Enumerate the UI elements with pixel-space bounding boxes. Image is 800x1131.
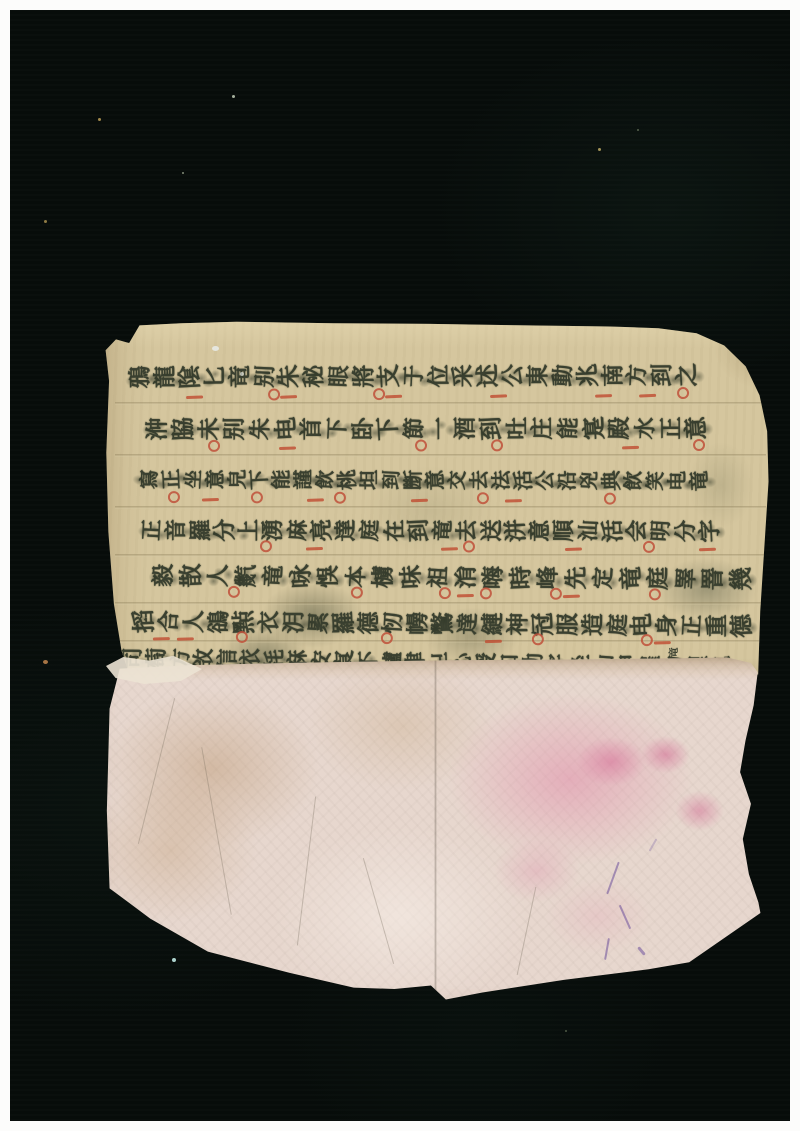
dust-speck bbox=[637, 129, 639, 131]
dust-speck bbox=[565, 1030, 567, 1032]
paper-crack bbox=[517, 887, 537, 975]
dust-speck bbox=[598, 148, 601, 151]
vermilion-circle-mark bbox=[351, 587, 363, 599]
calligraphy-character: 寫 bbox=[124, 468, 174, 490]
calligraphy-character: 正 bbox=[129, 517, 174, 543]
vermilion-circle-mark bbox=[228, 586, 240, 598]
vermilion-circle-mark bbox=[550, 588, 562, 600]
dust-speck bbox=[172, 958, 176, 962]
vermilion-emphasis-mark bbox=[279, 446, 296, 450]
vermilion-emphasis-mark bbox=[385, 395, 402, 399]
text-column-2: 意正水殿寔能庄吐到酒一節下卧下首电朱别未脇㳞 bbox=[145, 404, 710, 453]
dust-speck bbox=[44, 220, 47, 223]
vermilion-emphasis-mark bbox=[595, 394, 612, 398]
vermilion-circle-mark bbox=[334, 492, 346, 504]
vermilion-emphasis-mark bbox=[306, 498, 323, 502]
vermilion-circle-mark bbox=[260, 540, 272, 552]
vermilion-circle-mark bbox=[269, 388, 281, 400]
purple-scribble bbox=[604, 938, 610, 960]
purple-scribble bbox=[606, 862, 620, 895]
vermilion-emphasis-mark bbox=[562, 595, 579, 598]
vermilion-circle-mark bbox=[604, 493, 616, 505]
blank-torn-page bbox=[96, 656, 774, 1008]
vermilion-circle-mark bbox=[463, 541, 475, 553]
black-backdrop: 之到方南兆動東公述采位于支將眼秘朱别竜匕隂龍鴉意正水殿寔能庄吐到酒一節下卧下首电… bbox=[10, 10, 790, 1121]
annotation-character: 竜 bbox=[670, 647, 681, 657]
vermilion-circle-mark bbox=[643, 541, 655, 553]
vermilion-emphasis-mark bbox=[490, 394, 507, 398]
vermilion-emphasis-mark bbox=[441, 547, 458, 551]
vermilion-circle-mark bbox=[415, 439, 427, 451]
vermilion-emphasis-mark bbox=[411, 499, 428, 503]
calligraphy-character: 鴉 bbox=[116, 364, 166, 389]
text-column-4: 字分明会活汕順意洴送去竜到在庭達亮麻湧上分羅音正 bbox=[140, 507, 722, 554]
vermilion-emphasis-mark bbox=[280, 395, 297, 399]
calligraphy-character: 毅 bbox=[141, 561, 187, 589]
vermilion-circle-mark bbox=[693, 439, 705, 451]
dust-speck bbox=[182, 172, 184, 174]
vermilion-emphasis-mark bbox=[202, 498, 219, 502]
paper-crack bbox=[201, 747, 232, 915]
dust-speck bbox=[98, 118, 101, 121]
paper-crack bbox=[363, 858, 394, 964]
paper-fleck bbox=[240, 372, 244, 376]
vermilion-circle-mark bbox=[649, 588, 661, 600]
vermilion-circle-mark bbox=[251, 491, 263, 503]
vermilion-circle-mark bbox=[477, 492, 489, 504]
text-column-1: 之到方南兆動東公述采位于支將眼秘朱别竜匕隂龍鴉 bbox=[128, 350, 700, 402]
vermilion-emphasis-mark bbox=[622, 446, 639, 450]
text-column-3: 竜电笑飲典兇沿公活法去交意㫁到坦桃飲謹能下皃意坐正寫 bbox=[138, 454, 710, 506]
dust-speck bbox=[43, 660, 48, 664]
paper-fleck bbox=[212, 346, 219, 351]
dust-speck bbox=[232, 95, 235, 98]
vermilion-emphasis-mark bbox=[564, 547, 581, 551]
calligraphy-character: 㳞 bbox=[134, 416, 182, 442]
vermilion-emphasis-mark bbox=[639, 394, 656, 398]
vermilion-circle-mark bbox=[373, 388, 385, 400]
vermilion-circle-mark bbox=[677, 387, 689, 399]
vermilion-circle-mark bbox=[208, 440, 220, 452]
center-crease bbox=[434, 658, 437, 1003]
vermilion-emphasis-mark bbox=[186, 395, 203, 399]
scanned-photo: 之到方南兆動東公述采位于支將眼秘朱别竜匕隂龍鴉意正水殿寔能庄吐到酒一節下卧下首电… bbox=[0, 0, 800, 1131]
text-column-5: 幾罯睪庭竜定先峰時嗨㳙祖味㯭本悞咏竜㡮人㪚毅 bbox=[150, 552, 755, 602]
vermilion-circle-mark bbox=[168, 491, 180, 503]
purple-scribble bbox=[619, 905, 631, 930]
vermilion-circle-mark bbox=[439, 587, 451, 599]
vermilion-emphasis-mark bbox=[699, 548, 716, 552]
purple-scribble bbox=[637, 946, 646, 956]
calligraphy-character: 搯 bbox=[122, 607, 168, 635]
vermilion-circle-mark bbox=[480, 587, 492, 599]
vermilion-circle-mark bbox=[491, 439, 503, 451]
manuscript-text-page: 之到方南兆動東公述采位于支將眼秘朱别竜匕隂龍鴉意正水殿寔能庄吐到酒一節下卧下首电… bbox=[98, 316, 790, 676]
vermilion-emphasis-mark bbox=[457, 594, 474, 597]
purple-scribble bbox=[649, 838, 658, 851]
paper-crack bbox=[297, 796, 316, 945]
vermilion-emphasis-mark bbox=[306, 547, 323, 551]
paper-crack bbox=[138, 698, 175, 844]
vermilion-emphasis-mark bbox=[505, 499, 522, 503]
